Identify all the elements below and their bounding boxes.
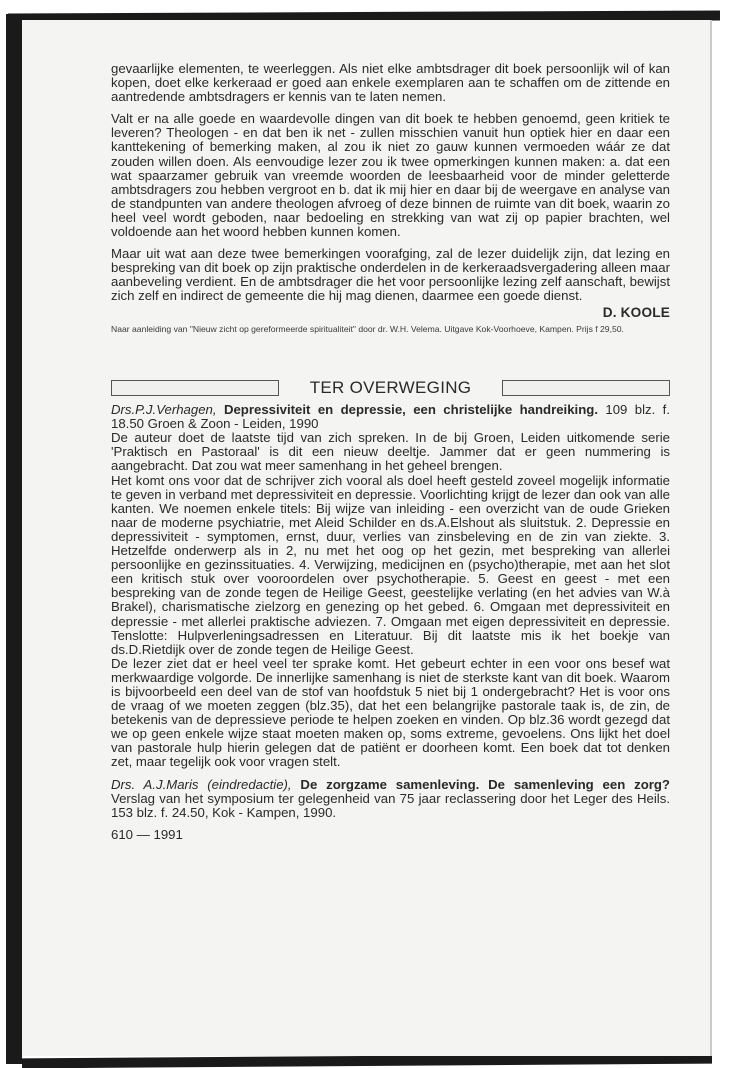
book-title: De zorgzame samenleving. De samenleving … [300,777,670,792]
book-details: Verslag van het symposium ter gelegenhei… [111,791,670,820]
review-paragraph: Valt er na alle goede en waardevolle din… [111,112,670,239]
heading-decoration-left [111,380,279,396]
review-footnote: Naar aanleiding van "Nieuw zicht op gere… [111,324,670,335]
page-content: gevaarlijke elementen, te weerleggen. Al… [111,62,670,842]
section-heading: TER OVERWEGING [111,378,670,398]
book-author: Drs.P.J.Verhagen, [111,402,217,417]
scan-border-left [6,14,22,1064]
book-entry-header: Drs. A.J.Maris (eindredactie), De zorgza… [111,778,670,820]
page-number: 610 — 1991 [111,828,670,842]
book-review-paragraph: Het komt ons voor dat de schrijver zich … [111,474,670,657]
book-title: Depressiviteit en depressie, een christe… [224,402,598,417]
section-title: TER OVERWEGING [310,381,472,395]
review-paragraph: Maar uit wat aan deze twee bemerkingen v… [111,247,670,303]
heading-decoration-right [502,380,670,396]
book-author: Drs. A.J.Maris (eindredactie), [111,777,292,792]
document-page: gevaarlijke elementen, te weerleggen. Al… [22,20,712,1056]
book-review-paragraph: De lezer ziet dat er heel veel ter sprak… [111,657,670,770]
review-signature: D. KOOLE [111,306,670,320]
book-review-paragraph: De auteur doet de laatste tijd van zich … [111,431,670,473]
review-paragraph: gevaarlijke elementen, te weerleggen. Al… [111,62,670,104]
book-entry-header: Drs.P.J.Verhagen, Depressiviteit en depr… [111,403,670,431]
